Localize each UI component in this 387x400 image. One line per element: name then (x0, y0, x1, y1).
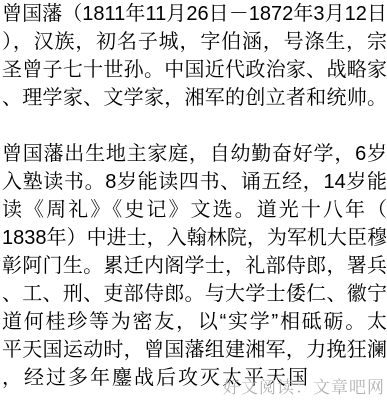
text-line: ），汉族，初名子城，字伯涵，号涤生，宗 (2, 28, 387, 56)
text-line: 曾国藩（1811年11月26日－1872年3月12日 (2, 0, 387, 28)
paragraph-intro: 曾国藩（1811年11月26日－1872年3月12日 ），汉族，初名子城，字伯涵… (2, 0, 387, 112)
article-body: 曾国藩（1811年11月26日－1872年3月12日 ），汉族，初名子城，字伯涵… (0, 0, 387, 392)
text-line: 彰阿门生。累迁内阁学士，礼部侍郎，署兵 (2, 252, 387, 280)
text-line: 圣曾子七十世孙。中国近代政治家、战略家 (2, 56, 387, 84)
site-watermark: 好文阅读：文章吧网 (223, 378, 385, 397)
text-line: 入塾读书。8岁能读四书、诵五经，14岁能 (2, 168, 387, 196)
text-line: 1838年）中进士，入翰林院，为军机大臣穆 (2, 224, 387, 252)
text-line: 、工、刑、吏部侍郎。与大学士倭仁、徽宁 (2, 280, 387, 308)
text-line: 、理学家、文学家，湘军的创立者和统帅。 (2, 84, 387, 112)
text-line: 读《周礼》《史记》文选。道光十八年（ (2, 196, 387, 224)
text-line: 平天国运动时，曾国藩组建湘军，力挽狂澜 (2, 336, 387, 364)
text-line: 道何桂珍等为密友，以“实学”相砥砺。太 (2, 308, 387, 336)
text-line: 曾国藩出生地主家庭，自幼勤奋好学，6岁 (2, 140, 387, 168)
paragraph-biography: 曾国藩出生地主家庭，自幼勤奋好学，6岁 入塾读书。8岁能读四书、诵五经，14岁能… (2, 140, 387, 392)
